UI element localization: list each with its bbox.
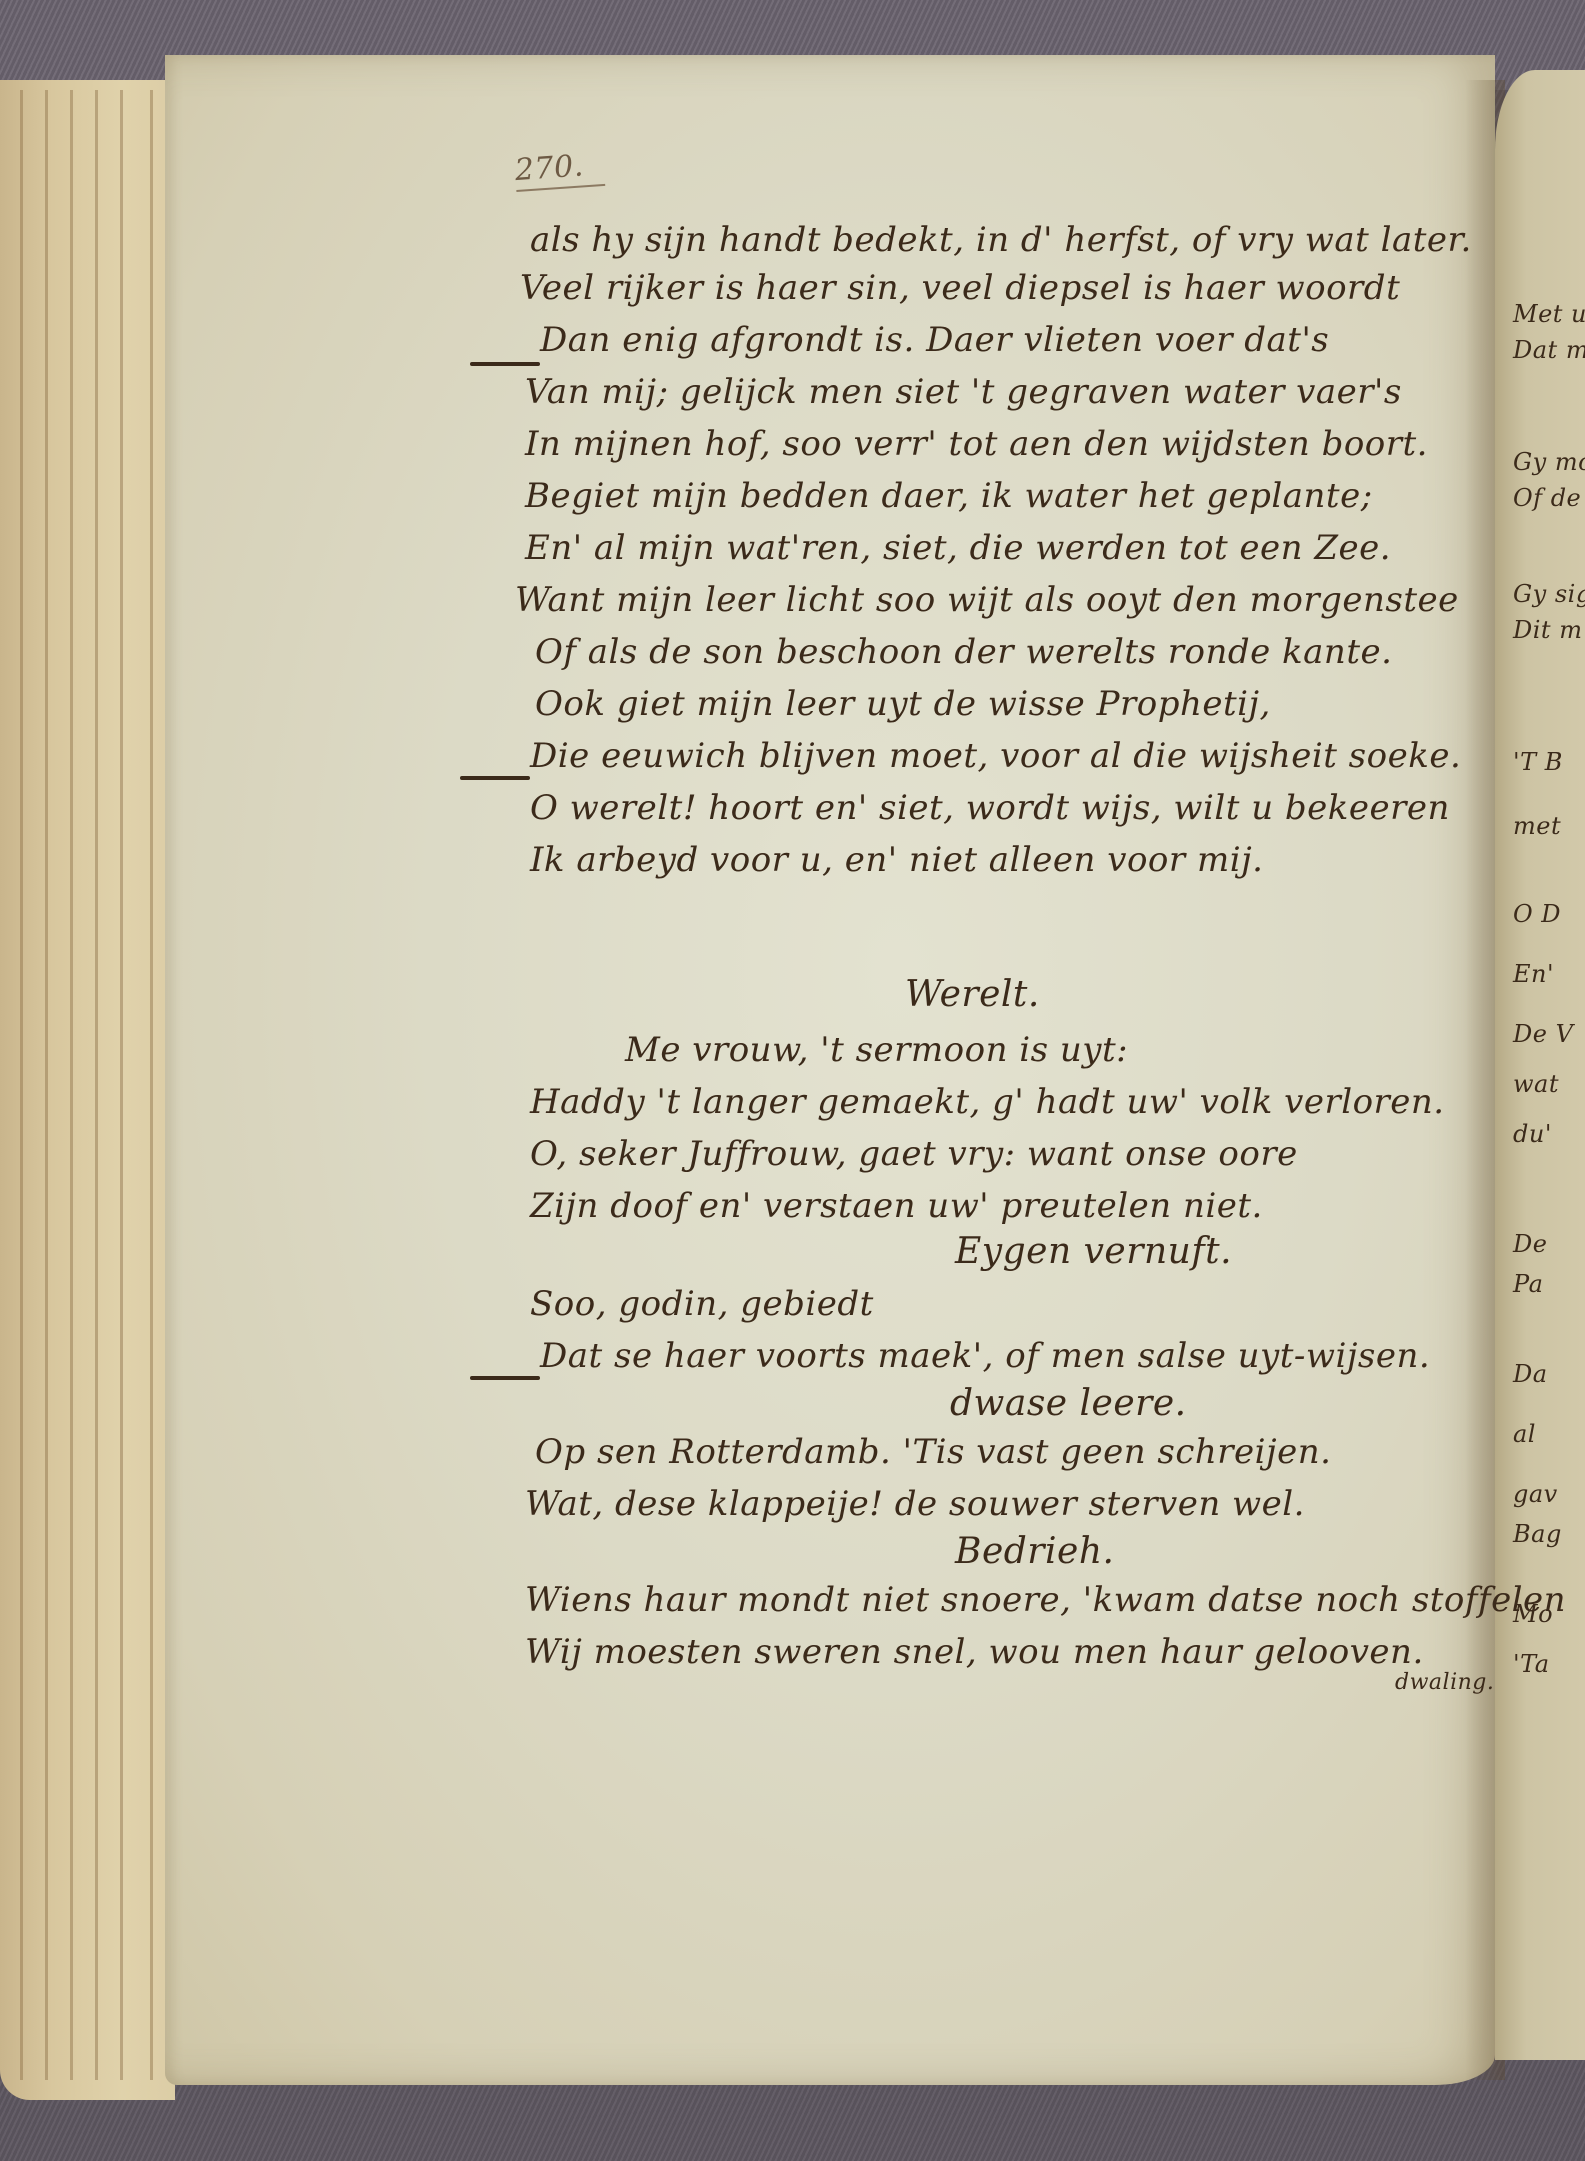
manuscript-line: Want mijn leer licht soo wijt als ooyt d… [515,580,1459,620]
manuscript-line: O werelt! hoort en' siet, wordt wijs, wi… [530,788,1450,828]
manuscript-line: Wat, dese klappeije! de souwer sterven w… [525,1484,1305,1524]
manuscript-line: Zijn doof en' verstaen uw' preutelen nie… [530,1186,1263,1226]
manuscript-line: Me vrouw, 't sermoon is uyt: [625,1030,1128,1070]
facing-page-fragment: wat [1513,1070,1559,1098]
manuscript-line: Dat se haer voorts maek', of men salse u… [540,1336,1430,1376]
manuscript-line: Op sen Rotterdamb. 'Tis vast geen schrei… [535,1432,1331,1472]
manuscript-line: Veel rijker is haer sin, veel diepsel is… [520,268,1400,308]
manuscript-line: O, seker Juffrouw, gaet vry: want onse o… [530,1134,1298,1174]
facing-page-fragment: Pa [1513,1270,1543,1298]
facing-page-fragment: Dit m [1513,616,1582,644]
manuscript-line: Die eeuwich blijven moet, voor al die wi… [530,736,1461,776]
marginal-note: dwaling. [1395,1670,1494,1696]
facing-page-fragment: Da [1513,1360,1548,1388]
facing-page-fragment: met [1513,812,1561,840]
page-edge-line [120,90,123,2080]
facing-page-fragment: Dat me [1513,336,1585,364]
manuscript-line: Van mij; gelijck men siet 't gegraven wa… [525,372,1402,412]
manuscript-line: Haddy 't langer gemaekt, g' hadt uw' vol… [530,1082,1445,1122]
facing-page-fragment: al [1513,1420,1536,1448]
facing-page-fragment: De [1513,1230,1547,1258]
speaker-heading: Eygen vernuft. [955,1232,1232,1272]
margin-flourish [460,776,530,780]
facing-page-fragment: 'Ta [1513,1650,1550,1678]
manuscript-line: Ook giet mijn leer uyt de wisse Propheti… [535,684,1271,724]
speaker-heading: Bedrieh. [955,1532,1114,1572]
facing-page-fragment: Gy moe [1513,448,1585,476]
facing-page-fragment: du' [1513,1120,1552,1148]
page-edge-line [20,90,23,2080]
page-stack-edges [0,80,175,2100]
page-edge-line [70,90,73,2080]
manuscript-line: Soo, godin, gebiedt [530,1284,874,1324]
page-edge-line [45,90,48,2080]
facing-page-fragment: De V [1513,1020,1573,1048]
manuscript-line: Of als de son beschoon der werelts ronde… [535,632,1392,672]
manuscript-line: Wij moesten sweren snel, wou men haur ge… [525,1632,1424,1672]
facing-page-fragment: Gy sigt [1513,580,1585,608]
facing-page-fragment: gav [1513,1480,1558,1508]
manuscript-line: Wiens haur mondt niet snoere, 'kwam dats… [525,1580,1566,1620]
manuscript-line: En' al mijn wat'ren, siet, die werden to… [525,528,1391,568]
manuscript-line: als hy sijn handt bedekt, in d' herfst, … [530,220,1472,260]
speaker-heading: Werelt. [905,975,1040,1015]
page-edge-line [150,90,153,2080]
speaker-heading: dwase leere. [950,1384,1187,1424]
facing-page-fragment: O D [1513,900,1561,928]
manuscript-line: Ik arbeyd voor u, en' niet alleen voor m… [530,840,1263,880]
manuscript-line: Begiet mijn bedden daer, ik water het ge… [525,476,1373,516]
facing-page-fragment: Bag [1513,1520,1562,1548]
facing-page: Met uwDat meGy moeOf deGy sigtDit m'T Bm… [1495,70,1585,2060]
page-number: 270. [514,147,605,192]
facing-page-fragment: Met uw [1513,300,1585,328]
margin-flourish [470,362,540,366]
page-edge-line [95,90,98,2080]
manuscript-line: Dan enig afgrondt is. Daer vlieten voer … [540,320,1329,360]
facing-page-fragment: En' [1513,960,1554,988]
facing-page-fragment: 'T B [1513,748,1563,776]
manuscript-line: In mijnen hof, soo verr' tot aen den wij… [525,424,1428,464]
facing-page-fragment: Of de [1513,484,1581,512]
margin-flourish [470,1376,540,1380]
